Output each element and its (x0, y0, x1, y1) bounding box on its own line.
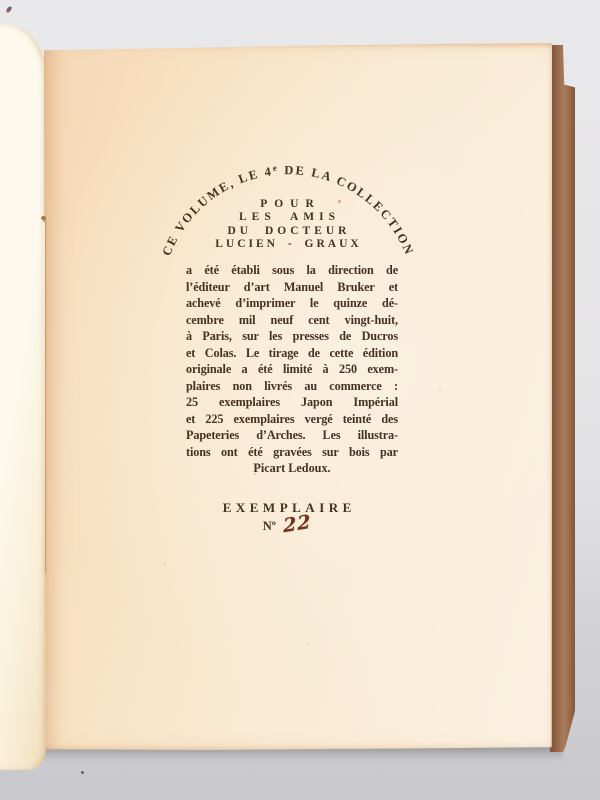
foxing-spot (338, 200, 341, 203)
dedication-line: LUCIEN - GRAUX (162, 238, 412, 251)
colophon-text-line: achevé d’imprimer le quinze dé- (186, 295, 398, 312)
dust-speck (5, 6, 12, 14)
binding-thread (43, 217, 45, 573)
colophon-text-line: à Paris, sur les presses de Ducros (186, 328, 398, 345)
foxing-spot (164, 563, 166, 565)
colophon-text-line: cembre mil neuf cent vingt-huit, (186, 312, 398, 329)
colophon-text-line: l’éditeur d’art Manuel Bruker et (186, 279, 398, 296)
book-photograph: CE VOLUME, LE 4e DE LA COLLECTION POUR L… (0, 0, 600, 800)
colophon-page: CE VOLUME, LE 4e DE LA COLLECTION POUR L… (44, 43, 552, 750)
exemplaire-label: EXEMPLAIRE (162, 500, 412, 515)
dedication-line: LES AMIS (162, 211, 412, 224)
colophon-text-line: Papeteries d’Arches. Les illustra- (186, 427, 398, 444)
colophon-text-last-line: Picart Ledoux. (186, 460, 398, 477)
colophon-text-line: et Colas. Le tirage de cette édition (186, 345, 398, 362)
foxing-spot (254, 473, 256, 475)
copy-number-label: Nº (263, 519, 276, 534)
left-facing-page (0, 24, 46, 770)
colophon-text-line: plaires non livrés au commerce : (186, 378, 398, 395)
foxing-spot (439, 388, 441, 390)
colophon-text-line: tions ont été gravées sur bois par (186, 444, 398, 461)
copy-number-handwritten: 22 (282, 511, 311, 538)
dust-speck (81, 771, 84, 774)
cover-edge (550, 45, 575, 752)
dedication-line: DU DOCTEUR (162, 225, 412, 238)
colophon-text-line: originale a été limité à 250 exem- (186, 361, 398, 378)
colophon-text-line: a été établi sous la direction de (186, 262, 398, 279)
dedication-block: POUR LES AMIS DU DOCTEUR LUCIEN - GRAUX (162, 198, 412, 252)
colophon-text-line: 25 exemplaires Japon Impérial (186, 394, 398, 411)
copy-number: Nº 22 (162, 517, 412, 547)
dedication-line: POUR (162, 198, 412, 211)
colophon-text-line: et 225 exemplaires vergé teinté des (186, 411, 398, 428)
colophon-text: a été établi sous la direction de l’édit… (186, 262, 398, 477)
foxing-spot (306, 643, 308, 645)
arc-title-superscript: e (272, 163, 279, 174)
